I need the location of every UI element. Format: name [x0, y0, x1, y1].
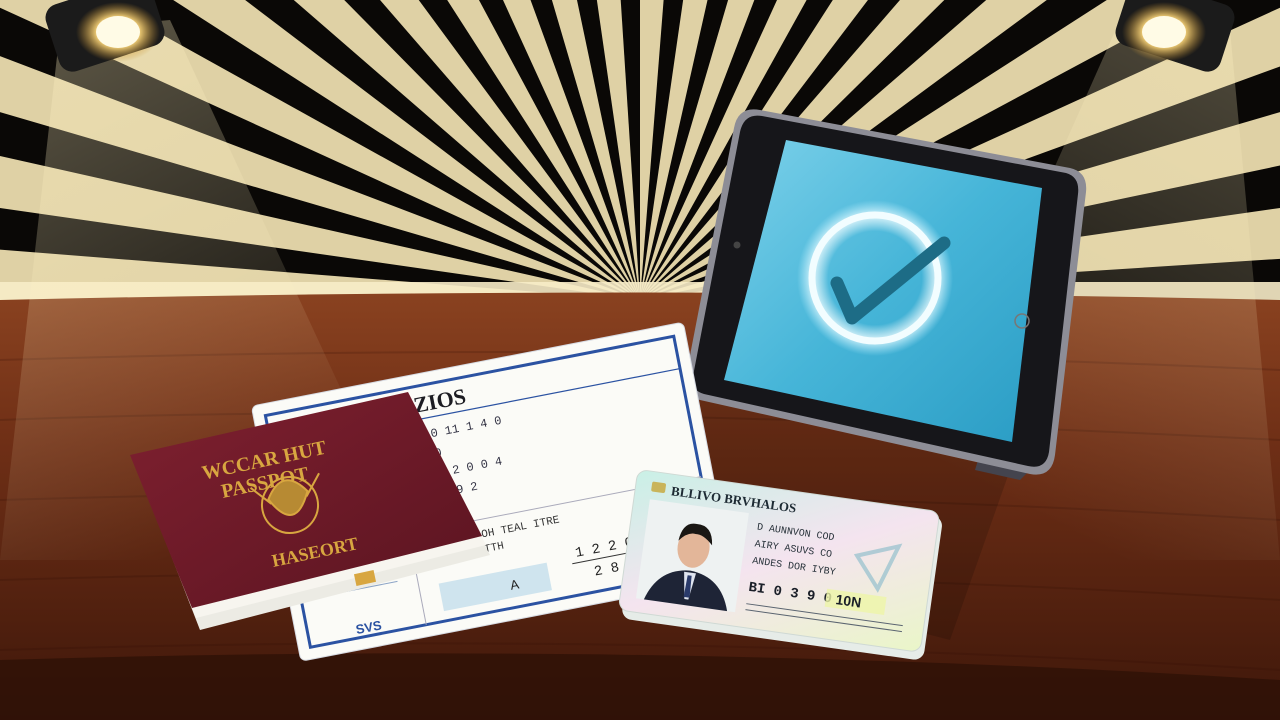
illustration-scene: CHAAE BZIOS 0 1 0 11 1 4 0 0 2 0 0 1 0 2… — [0, 0, 1280, 720]
tablet-camera — [734, 242, 741, 249]
id-chip-icon — [651, 481, 666, 493]
